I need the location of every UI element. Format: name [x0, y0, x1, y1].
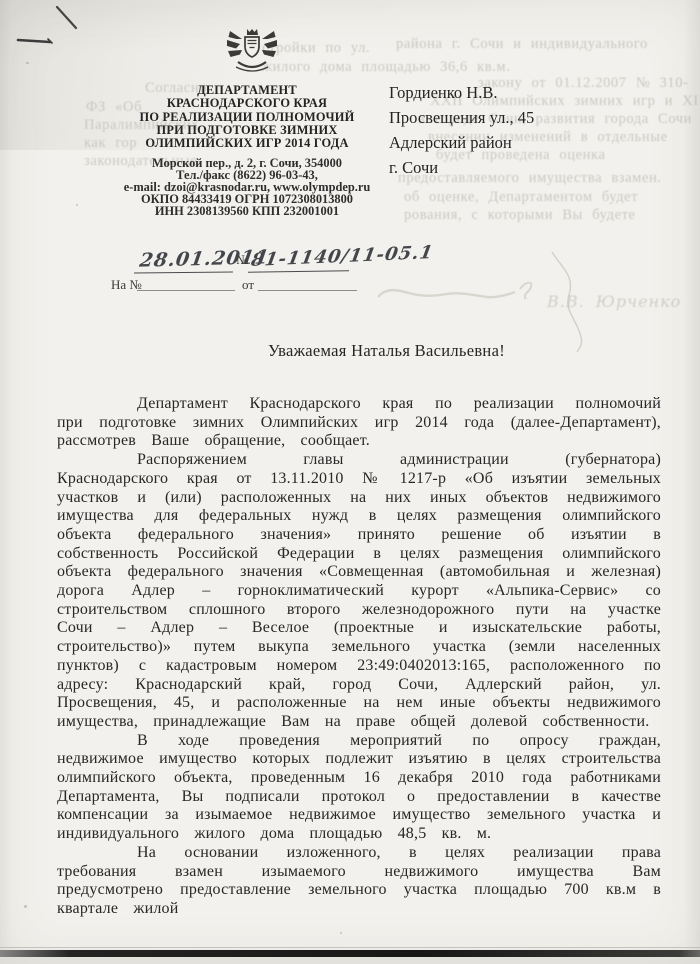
reply-from-label: от	[242, 277, 254, 293]
bleedthrough-line: района г. Сочи и индивидуального	[396, 36, 648, 53]
body-paragraph: Распоряжением главы администрации (губер…	[57, 451, 661, 732]
number-underline	[248, 270, 349, 273]
sender-name-line: ПРИ ПОДГОТОВКЕ ЗИМНИХ	[62, 124, 432, 137]
sender-name-line: КРАСНОДАРСКОГО КРАЯ	[62, 97, 432, 110]
pen-mark-icon	[0, 0, 120, 60]
scan-edge-bottom-margin	[0, 957, 700, 964]
sender-letterhead: ДЕПАРТАМЕНТ КРАСНОДАРСКОГО КРАЯ ПО РЕАЛИ…	[62, 84, 432, 218]
recipient-street: Просвещения ул., 45	[389, 105, 629, 130]
reply-date-blank-line	[258, 290, 357, 291]
scan-edge-line	[0, 947, 700, 948]
body-paragraph: В ходе проведения мероприятий по опросу …	[57, 732, 661, 844]
recipient-district: Адлерский район	[389, 130, 629, 155]
recipient-block: Гордиенко Н.В. Просвещения ул., 45 Адлер…	[389, 80, 629, 180]
coat-of-arms-icon	[224, 26, 280, 74]
sender-name-line: ДЕПАРТАМЕНТ	[62, 84, 432, 97]
salutation: Уважаемая Наталья Васильевна!	[57, 341, 661, 361]
number-sign: №	[236, 252, 248, 268]
recipient-name: Гордиенко Н.В.	[389, 80, 629, 105]
scan-edge-right	[684, 0, 700, 964]
bleedthrough-line: жилого дома площадью 36,6 кв.м.	[262, 59, 510, 76]
sender-name-line: ПО РЕАЛИЗАЦИИ ПОЛНОМОЧИЙ	[62, 111, 432, 124]
bleedthrough-line: об оценке, Департаментом будет	[404, 189, 638, 206]
body-paragraph: Департамент Краснодарского края по реали…	[57, 395, 661, 451]
scan-speck	[76, 204, 78, 206]
scan-edge-bottom	[0, 950, 700, 957]
reply-ref-blank-line	[137, 290, 235, 291]
body-paragraph: На основании изложенного, в целях реализ…	[57, 844, 661, 919]
scan-speck	[26, 62, 29, 64]
sender-name: ДЕПАРТАМЕНТ КРАСНОДАРСКОГО КРАЯ ПО РЕАЛИ…	[62, 84, 432, 150]
scan-speck	[24, 905, 27, 908]
date-underline	[134, 271, 233, 273]
sender-address-line: ИНН 2308139560 КПП 232001001	[62, 206, 432, 218]
scan-edge-left	[0, 0, 12, 964]
scanned-letter-page: стройки по ул. района г. Сочи и индивиду…	[0, 0, 700, 964]
recipient-city: г. Сочи	[389, 155, 629, 180]
sender-address: Морской пер., д. 2, г. Сочи, 354000 Тел.…	[62, 158, 432, 218]
scan-speck	[340, 932, 342, 934]
bleedthrough-line: рования, с которыми Вы будете	[404, 207, 636, 224]
sender-name-line: ОЛИМПИЙСКИХ ИГР 2014 ГОДА	[62, 137, 432, 150]
letter-body: Департамент Краснодарского края по реали…	[57, 395, 661, 919]
